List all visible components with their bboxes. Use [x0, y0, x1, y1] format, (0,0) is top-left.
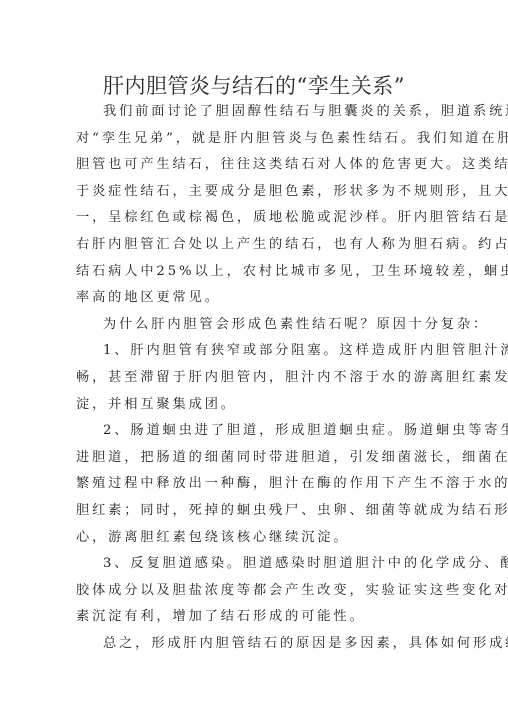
- paragraph-line: 心，游离胆红素包绕该核心继续沉淀。: [76, 525, 432, 552]
- document-body: 我们前面讨论了胆固醇性结石与胆囊炎的关系，胆道系统还有一 对“孪生兄弟”，就是肝…: [76, 99, 432, 657]
- paragraph-line: 素沉淀有利，增加了结石形成的可能性。: [76, 604, 432, 631]
- paragraph-line: 胶体成分以及胆盐浓度等都会产生改变，实验证实这些变化对胆红: [76, 578, 432, 605]
- paragraph-line: 总之，形成肝内胆管结石的原因是多因素，具体如何形成结石可: [76, 631, 432, 658]
- paragraph-line: 结石病人中25%以上，农村比城市多见，卫生环境较差，蛔虫感染: [76, 259, 432, 286]
- paragraph-line: 畅，甚至滞留于肝内胆管内，胆汁内不溶于水的游离胆红素发生沉: [76, 365, 432, 392]
- paragraph-line: 繁殖过程中释放出一种酶，胆汁在酶的作用下产生不溶于水的游离: [76, 471, 432, 498]
- paragraph-line: 1、肝内胆管有狭窄或部分阻塞。这样造成肝内胆管胆汁流通不: [76, 338, 432, 365]
- document-page: 肝内胆管炎与结石的“孪生关系” 我们前面讨论了胆固醇性结石与胆囊炎的关系，胆道系…: [0, 0, 508, 720]
- document-title: 肝内胆管炎与结石的“孪生关系”: [0, 72, 508, 100]
- paragraph-line: 我们前面讨论了胆固醇性结石与胆囊炎的关系，胆道系统还有一: [76, 99, 432, 126]
- paragraph-line: 进胆道，把肠道的细菌同时带进胆道，引发细菌滋长，细菌在生长: [76, 445, 432, 472]
- paragraph-line: 率高的地区更常见。: [76, 285, 432, 312]
- paragraph-line: 2、肠道蛔虫进了胆道，形成胆道蛔虫症。肠道蛔虫等寄生虫钻: [76, 418, 432, 445]
- paragraph-line: 为什么肝内胆管会形成色素性结石呢？原因十分复杂：: [76, 312, 432, 339]
- paragraph-line: 3、反复胆道感染。胆道感染时胆道胆汁中的化学成分、酸碱度、: [76, 551, 432, 578]
- paragraph-line: 于炎症性结石，主要成分是胆色素，形状多为不规则形，且大小不: [76, 179, 432, 206]
- paragraph-line: 一，呈棕红色或棕褐色，质地松脆或泥沙样。肝内胆管结石是指左: [76, 205, 432, 232]
- paragraph-line: 淀，并相互聚集成团。: [76, 392, 432, 419]
- paragraph-line: 右肝内胆管汇合处以上产生的结石，也有人称为胆石病。约占胆道: [76, 232, 432, 259]
- paragraph-line: 对“孪生兄弟”，就是肝内胆管炎与色素性结石。我们知道在肝内: [76, 126, 432, 153]
- paragraph-line: 胆管也可产生结石，往往这类结石对人体的危害更大。这类结石属: [76, 152, 432, 179]
- paragraph-line: 胆红素；同时，死掉的蛔虫残尸、虫卵、细菌等就成为结石形成核: [76, 498, 432, 525]
